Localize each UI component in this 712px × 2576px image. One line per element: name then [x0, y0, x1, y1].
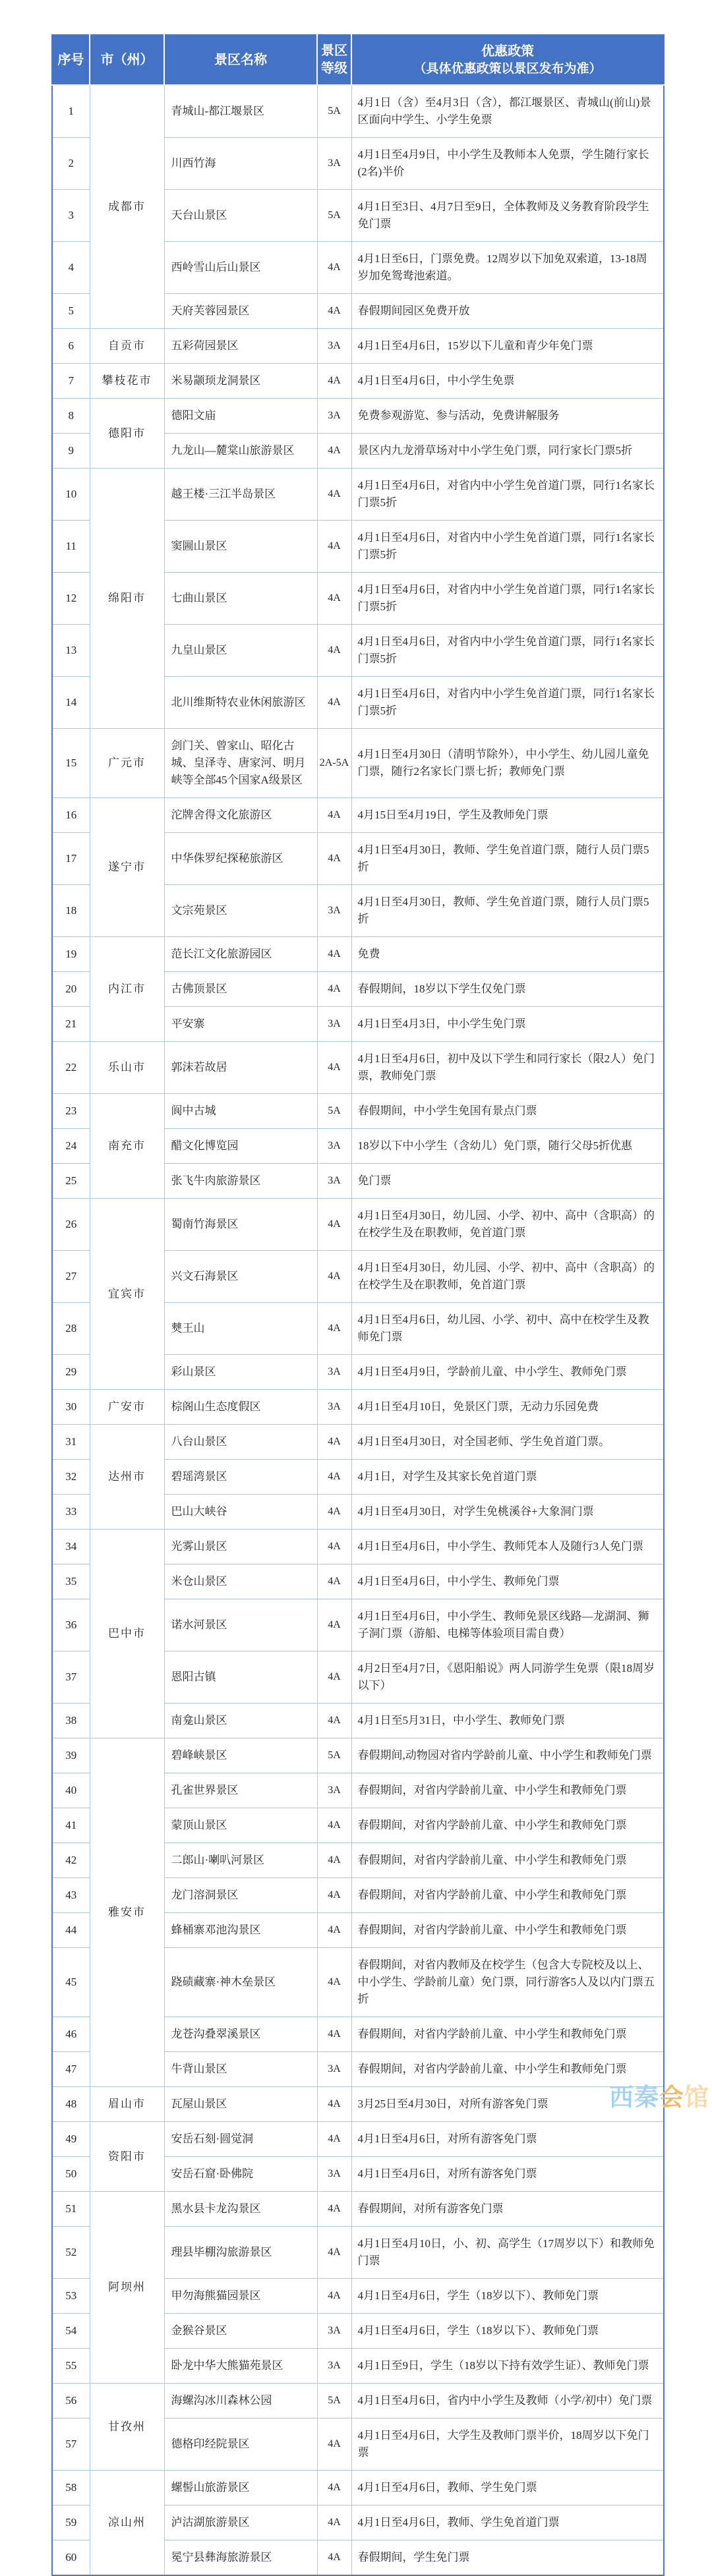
- row-number-cell: 50: [52, 2157, 90, 2192]
- scenic-name-cell: 文宗苑景区: [164, 885, 317, 937]
- row-number-cell: 53: [52, 2279, 90, 2314]
- city-cell: 绵阳市: [90, 469, 164, 729]
- row-number-cell: 49: [52, 2122, 90, 2157]
- table-row: 19内江市范长江文化旅游园区4A免费: [52, 937, 664, 972]
- table-header: 序号 市（州） 景区名称 景区等级 优惠政策 （具体优惠政策以景区发布为准）: [52, 35, 664, 85]
- row-number-cell: 46: [52, 2017, 90, 2052]
- row-number-cell: 18: [52, 885, 90, 937]
- scenic-name-cell: 蜂桶寨邓池沟景区: [164, 1913, 317, 1948]
- level-cell: 4A: [317, 1948, 351, 2017]
- scenic-name-cell: 西岭雪山后山景区: [164, 242, 317, 294]
- policy-cell: 春假期间，学生免门票: [351, 2540, 664, 2576]
- table-row: 49资阳市安岳石刻·圆觉洞4A4月1日至4月6日，对所有游客免门票: [52, 2122, 664, 2157]
- level-cell: 2A-5A: [317, 729, 351, 798]
- scenic-name-cell: 米仓山景区: [164, 1564, 317, 1599]
- city-cell: 凉山州: [90, 2471, 164, 2576]
- level-cell: 4A: [317, 1303, 351, 1355]
- scenic-name-cell: 僰王山: [164, 1303, 317, 1355]
- city-cell: 阿坝州: [90, 2192, 164, 2384]
- scenic-name-cell: 甲勿海熊猫园景区: [164, 2279, 317, 2314]
- policy-cell: 4月1日至4月30日，幼儿园、小学、初中、高中（含职高）的在校学生及在职教师，免…: [351, 1251, 664, 1303]
- level-cell: 4A: [317, 2017, 351, 2052]
- scenic-name-cell: 九皇山景区: [164, 625, 317, 677]
- city-cell: 自贡市: [90, 329, 164, 364]
- scenic-name-cell: 德阳文庙: [164, 399, 317, 434]
- policy-cell: 4月1日至4月6日，中小学生、教师免景区线路—龙湖洞、狮子洞门票（游船、电梯等体…: [351, 1599, 664, 1651]
- policy-cell: 春假期间，对省内学龄前儿童、中小学生和教师免门票: [351, 1913, 664, 1948]
- row-number-cell: 13: [52, 625, 90, 677]
- scenic-name-cell: 黑水县卡龙沟景区: [164, 2192, 317, 2227]
- level-cell: 3A: [317, 1355, 351, 1390]
- policy-cell: 4月1日至4月30日，教师、学生免首道门票，随行人员门票5折: [351, 833, 664, 885]
- policy-cell: 4月1日至4月30日，对学生免桃溪谷+大象洞门票: [351, 1495, 664, 1530]
- policy-cell: 4月1日至4月6日，对省内中小学生免首道门票，同行1名家长门票5折: [351, 521, 664, 573]
- scenic-name-cell: 诺水河景区: [164, 1599, 317, 1651]
- table-row: 48眉山市瓦屋山景区4A3月25日至4月30日，对所有游客免门票: [52, 2087, 664, 2122]
- row-number-cell: 24: [52, 1129, 90, 1164]
- header-policy-subtitle: （具体优惠政策以景区发布为准）: [355, 61, 661, 78]
- level-cell: 3A: [317, 1007, 351, 1042]
- policy-cell: 4月2日至4月7日，《恩阳船说》两人同游学生免票（限18周岁以下）: [351, 1651, 664, 1703]
- level-cell: 4A: [317, 1703, 351, 1738]
- scenic-name-cell: 五彩荷园景区: [164, 329, 317, 364]
- scenic-name-cell: 窦圌山景区: [164, 521, 317, 573]
- policy-cell: 4月1日至4月6日，幼儿园、小学、初中、高中在校学生及教师免门票: [351, 1303, 664, 1355]
- city-cell: 遂宁市: [90, 798, 164, 937]
- row-number-cell: 30: [52, 1390, 90, 1425]
- table-row: 56甘孜州海螺沟冰川森林公园5A4月1日至4月6日，省内中小学生及教师（小学/初…: [52, 2384, 664, 2419]
- scenic-name-cell: 孔雀世界景区: [164, 1773, 317, 1808]
- row-number-cell: 60: [52, 2540, 90, 2576]
- scenic-name-cell: 古佛顶景区: [164, 972, 317, 1007]
- scenic-name-cell: 沱牌舍得文化旅游区: [164, 798, 317, 833]
- row-number-cell: 16: [52, 798, 90, 833]
- policy-cell: 春假期间，对省内学龄前儿童、中小学生和教师免门票: [351, 1773, 664, 1808]
- level-cell: 4A: [317, 434, 351, 469]
- level-cell: 4A: [317, 1460, 351, 1495]
- policy-cell: 4月1日至4月6日，对省内中小学生免首道门票，同行1名家长门票5折: [351, 573, 664, 625]
- policy-cell: 4月1日至4月30日，对全国老师、学生免首道门票。: [351, 1425, 664, 1460]
- scenic-name-cell: 瓦屋山景区: [164, 2087, 317, 2122]
- header-col-city: 市（州）: [90, 35, 164, 85]
- policy-cell: 春假期间，中小学生免国有景点门票: [351, 1094, 664, 1129]
- page: { "table": { "header": { "col_no": "序号",…: [0, 0, 712, 2114]
- level-cell: 4A: [317, 521, 351, 573]
- scenic-name-cell: 巴山大峡谷: [164, 1495, 317, 1530]
- row-number-cell: 38: [52, 1703, 90, 1738]
- level-cell: 4A: [317, 1564, 351, 1599]
- scenic-name-cell: 越王楼·三江半岛景区: [164, 469, 317, 521]
- scenic-name-cell: 海螺沟冰川森林公园: [164, 2384, 317, 2419]
- level-cell: 4A: [317, 625, 351, 677]
- row-number-cell: 15: [52, 729, 90, 798]
- row-number-cell: 25: [52, 1164, 90, 1199]
- policy-cell: 4月1日至4月3日，中小学生免门票: [351, 1007, 664, 1042]
- level-cell: 4A: [317, 937, 351, 972]
- header-row: 序号 市（州） 景区名称 景区等级 优惠政策 （具体优惠政策以景区发布为准）: [52, 35, 664, 85]
- city-cell: 资阳市: [90, 2122, 164, 2192]
- watermark-logo: 西秦会馆: [609, 2077, 709, 2113]
- row-number-cell: 40: [52, 1773, 90, 1808]
- row-number-cell: 57: [52, 2419, 90, 2471]
- level-cell: 4A: [317, 573, 351, 625]
- policy-cell: 春假期间，18岁以下学生仅免门票: [351, 972, 664, 1007]
- row-number-cell: 21: [52, 1007, 90, 1042]
- policy-table-container: 序号 市（州） 景区名称 景区等级 优惠政策 （具体优惠政策以景区发布为准） 1…: [51, 34, 663, 2576]
- level-cell: 4A: [317, 294, 351, 329]
- level-cell: 4A: [317, 2279, 351, 2314]
- policy-cell: 4月1日至6日，门票免费。12周岁以下加免双索道，13-18周岁加免鸳鸯池索道。: [351, 242, 664, 294]
- city-cell: 乐山市: [90, 1042, 164, 1094]
- row-number-cell: 59: [52, 2505, 90, 2540]
- watermark-part3: 馆: [684, 2084, 709, 2111]
- row-number-cell: 17: [52, 833, 90, 885]
- scenic-name-cell: 天府芙蓉园景区: [164, 294, 317, 329]
- scenic-name-cell: 青城山-都江堰景区: [164, 85, 317, 138]
- header-col-level: 景区等级: [317, 35, 351, 85]
- scenic-name-cell: 蜀南竹海景区: [164, 1199, 317, 1251]
- table-row: 26宜宾市蜀南竹海景区4A4月1日至4月30日，幼儿园、小学、初中、高中（含职高…: [52, 1199, 664, 1251]
- level-cell: 4A: [317, 833, 351, 885]
- row-number-cell: 26: [52, 1199, 90, 1251]
- scenic-name-cell: 二郎山·喇叭河景区: [164, 1843, 317, 1878]
- policy-cell: 春假期间，对省内学龄前儿童、中小学生和教师免门票: [351, 1843, 664, 1878]
- policy-cell: 4月1日至5月31日，中小学生、教师免门票: [351, 1703, 664, 1738]
- policy-cell: 4月1日至4月6日，中小学生、教师凭本人及随行3人免门票: [351, 1530, 664, 1564]
- row-number-cell: 29: [52, 1355, 90, 1390]
- table-row: 10绵阳市越王楼·三江半岛景区4A4月1日至4月6日，对省内中小学生免首道门票，…: [52, 469, 664, 521]
- scenic-name-cell: 理县毕棚沟旅游景区: [164, 2227, 317, 2279]
- scenic-name-cell: 天台山景区: [164, 190, 317, 242]
- policy-cell: 4月1日至4月6日，对省内中小学生免首道门票，同行1名家长门票5折: [351, 469, 664, 521]
- policy-cell: 4月1日至4月10日，免景区门票，无动力乐园免费: [351, 1390, 664, 1425]
- policy-cell: 4月1日至4月9日，学龄前儿童、中小学生、教师免门票: [351, 1355, 664, 1390]
- policy-cell: 免费: [351, 937, 664, 972]
- row-number-cell: 58: [52, 2471, 90, 2505]
- row-number-cell: 45: [52, 1948, 90, 2017]
- row-number-cell: 44: [52, 1913, 90, 1948]
- policy-cell: 4月1日至4月6日，学生（18岁以下）、教师免门票: [351, 2314, 664, 2349]
- level-cell: 5A: [317, 85, 351, 138]
- level-cell: 3A: [317, 885, 351, 937]
- level-cell: 4A: [317, 1495, 351, 1530]
- scenic-name-cell: 阆中古城: [164, 1094, 317, 1129]
- level-cell: 4A: [317, 1913, 351, 1948]
- row-number-cell: 11: [52, 521, 90, 573]
- scenic-name-cell: 安岳石窟·卧佛院: [164, 2157, 317, 2192]
- scenic-name-cell: 恩阳古镇: [164, 1651, 317, 1703]
- policy-cell: 4月1日至4月6日，对省内中小学生免首道门票，同行1名家长门票5折: [351, 677, 664, 729]
- row-number-cell: 27: [52, 1251, 90, 1303]
- policy-cell: 春假期间，对省内教师及在校学生（包含大专院校及以上、中小学生、学龄前儿童）免门票…: [351, 1948, 664, 2017]
- policy-cell: 4月1日至4月6日，初中及以下学生和同行家长（限2人）免门票，教师免门票: [351, 1042, 664, 1094]
- scenic-name-cell: 剑门关、曾家山、昭化古城、皇泽寺、唐家河、明月峡等全部45个国家A级景区: [164, 729, 317, 798]
- city-cell: 广元市: [90, 729, 164, 798]
- row-number-cell: 47: [52, 2052, 90, 2087]
- row-number-cell: 23: [52, 1094, 90, 1129]
- row-number-cell: 37: [52, 1651, 90, 1703]
- row-number-cell: 28: [52, 1303, 90, 1355]
- scenic-name-cell: 光雾山景区: [164, 1530, 317, 1564]
- level-cell: 4A: [317, 2122, 351, 2157]
- scenic-name-cell: 范长江文化旅游园区: [164, 937, 317, 972]
- scenic-name-cell: 安岳石刻·圆觉洞: [164, 2122, 317, 2157]
- policy-cell: 景区内九龙滑草场对中小学生免门票，同行家长门票5折: [351, 434, 664, 469]
- level-cell: 4A: [317, 1425, 351, 1460]
- level-cell: 3A: [317, 1164, 351, 1199]
- scenic-name-cell: 碧峰峡景区: [164, 1738, 317, 1773]
- level-cell: 4A: [317, 1199, 351, 1251]
- scenic-name-cell: 郭沫若故居: [164, 1042, 317, 1094]
- city-cell: 巴中市: [90, 1530, 164, 1738]
- row-number-cell: 52: [52, 2227, 90, 2279]
- policy-cell: 春假期间，对所有游客免门票: [351, 2192, 664, 2227]
- header-col-no: 序号: [52, 35, 90, 85]
- header-col-policy: 优惠政策 （具体优惠政策以景区发布为准）: [351, 35, 664, 85]
- level-cell: 4A: [317, 1251, 351, 1303]
- policy-cell: 春假期间，对省内学龄前儿童、中小学生和教师免门票: [351, 1808, 664, 1843]
- level-cell: 5A: [317, 2384, 351, 2419]
- table-row: 16遂宁市沱牌舍得文化旅游区4A4月15日至4月19日，学生及教师免门票: [52, 798, 664, 833]
- header-col-name: 景区名称: [164, 35, 317, 85]
- city-cell: 内江市: [90, 937, 164, 1042]
- level-cell: 4A: [317, 1599, 351, 1651]
- level-cell: 4A: [317, 469, 351, 521]
- scenic-name-cell: 跷碛藏寨·神木垒景区: [164, 1948, 317, 2017]
- row-number-cell: 39: [52, 1738, 90, 1773]
- row-number-cell: 7: [52, 364, 90, 399]
- scenic-name-cell: 八台山景区: [164, 1425, 317, 1460]
- table-row: 51阿坝州黑水县卡龙沟景区4A春假期间，对所有游客免门票: [52, 2192, 664, 2227]
- row-number-cell: 2: [52, 138, 90, 190]
- table-row: 34巴中市光雾山景区4A4月1日至4月6日，中小学生、教师凭本人及随行3人免门票: [52, 1530, 664, 1564]
- table-row: 22乐山市郭沫若故居4A4月1日至4月6日，初中及以下学生和同行家长（限2人）免…: [52, 1042, 664, 1094]
- scenic-name-cell: 南龛山景区: [164, 1703, 317, 1738]
- policy-cell: 4月1日至4月6日，中小学生免票: [351, 364, 664, 399]
- scenic-name-cell: 平安寨: [164, 1007, 317, 1042]
- policy-cell: 春假期间,动物园对省内学龄前儿童、中小学生和教师免门票: [351, 1738, 664, 1773]
- table-row: 31达州市八台山景区4A4月1日至4月30日，对全国老师、学生免首道门票。: [52, 1425, 664, 1460]
- policy-cell: 4月1日（含）至4月3日（含），都江堰景区、青城山(前山)景区面向中学生、小学生…: [351, 85, 664, 138]
- city-cell: 甘孜州: [90, 2384, 164, 2471]
- level-cell: 3A: [317, 399, 351, 434]
- level-cell: 4A: [317, 1808, 351, 1843]
- level-cell: 5A: [317, 190, 351, 242]
- scenic-name-cell: 七曲山景区: [164, 573, 317, 625]
- scenic-name-cell: 张飞牛肉旅游景区: [164, 1164, 317, 1199]
- city-cell: 成都市: [90, 85, 164, 329]
- scenic-name-cell: 醋文化博览园: [164, 1129, 317, 1164]
- table-row: 7攀枝花市米易颛顼龙洞景区4A4月1日至4月6日，中小学生免票: [52, 364, 664, 399]
- level-cell: 4A: [317, 677, 351, 729]
- policy-cell: 4月1日至4月6日，对所有游客免门票: [351, 2157, 664, 2192]
- table-row: 39雅安市碧峰峡景区5A春假期间,动物园对省内学龄前儿童、中小学生和教师免门票: [52, 1738, 664, 1773]
- level-cell: 3A: [317, 1773, 351, 1808]
- level-cell: 4A: [317, 2505, 351, 2540]
- level-cell: 3A: [317, 138, 351, 190]
- row-number-cell: 56: [52, 2384, 90, 2419]
- row-number-cell: 33: [52, 1495, 90, 1530]
- scenic-name-cell: 中华侏罗纪探秘旅游区: [164, 833, 317, 885]
- policy-cell: 4月1日至4月6日，教师、学生免首道门票: [351, 2505, 664, 2540]
- policy-cell: 免费参观游览、参与活动，免费讲解服务: [351, 399, 664, 434]
- table-row: 58凉山州螺髻山旅游景区4A4月1日至4月6日，教师、学生免门票: [52, 2471, 664, 2505]
- level-cell: 4A: [317, 798, 351, 833]
- row-number-cell: 6: [52, 329, 90, 364]
- row-number-cell: 32: [52, 1460, 90, 1495]
- level-cell: 5A: [317, 1094, 351, 1129]
- policy-cell: 4月1日，对学生及其家长免首道门票: [351, 1460, 664, 1495]
- level-cell: 4A: [317, 972, 351, 1007]
- policy-cell: 4月1日至4月6日，中小学生、教师免门票: [351, 1564, 664, 1599]
- row-number-cell: 1: [52, 85, 90, 138]
- scenic-area-policy-table: 序号 市（州） 景区名称 景区等级 优惠政策 （具体优惠政策以景区发布为准） 1…: [51, 34, 665, 2576]
- level-cell: 4A: [317, 2471, 351, 2505]
- level-cell: 4A: [317, 1843, 351, 1878]
- header-policy-title: 优惠政策: [355, 43, 661, 61]
- policy-cell: 18岁以下中小学生（含幼儿）免门票，随行父母5折优惠: [351, 1129, 664, 1164]
- level-cell: 5A: [317, 1738, 351, 1773]
- level-cell: 4A: [317, 1651, 351, 1703]
- scenic-name-cell: 德格印经院景区: [164, 2419, 317, 2471]
- scenic-name-cell: 螺髻山旅游景区: [164, 2471, 317, 2505]
- row-number-cell: 10: [52, 469, 90, 521]
- row-number-cell: 31: [52, 1425, 90, 1460]
- row-number-cell: 35: [52, 1564, 90, 1599]
- table-body: 1成都市青城山-都江堰景区5A4月1日（含）至4月3日（含），都江堰景区、青城山…: [52, 85, 664, 2575]
- scenic-name-cell: 北川维斯特农业休闲旅游区: [164, 677, 317, 729]
- city-cell: 宜宾市: [90, 1199, 164, 1390]
- policy-cell: 4月1日至4月6日，对省内中小学生免首道门票，同行1名家长门票5折: [351, 625, 664, 677]
- policy-cell: 4月1日至4月10日，小、初、高学生（17周岁以下）和教师免门票: [351, 2227, 664, 2279]
- scenic-name-cell: 龙苍沟叠翠溪景区: [164, 2017, 317, 2052]
- scenic-name-cell: 牛背山景区: [164, 2052, 317, 2087]
- city-cell: 南充市: [90, 1094, 164, 1199]
- policy-cell: 4月1日至3日、4月7日至9日，全体教师及义务教育阶段学生免门票: [351, 190, 664, 242]
- city-cell: 德阳市: [90, 399, 164, 469]
- table-row: 8德阳市德阳文庙3A免费参观游览、参与活动，免费讲解服务: [52, 399, 664, 434]
- policy-cell: 春假期间，对省内学龄前儿童、中小学生和教师免门票: [351, 1878, 664, 1913]
- scenic-name-cell: 兴文石海景区: [164, 1251, 317, 1303]
- scenic-name-cell: 金猴谷景区: [164, 2314, 317, 2349]
- table-row: 1成都市青城山-都江堰景区5A4月1日（含）至4月3日（含），都江堰景区、青城山…: [52, 85, 664, 138]
- policy-cell: 4月15日至4月19日，学生及教师免门票: [351, 798, 664, 833]
- policy-cell: 4月1日至4月30日（清明节除外），中小学生、幼儿园儿童免门票，随行2名家长门票…: [351, 729, 664, 798]
- level-cell: 3A: [317, 2157, 351, 2192]
- row-number-cell: 55: [52, 2349, 90, 2384]
- row-number-cell: 42: [52, 1843, 90, 1878]
- row-number-cell: 4: [52, 242, 90, 294]
- row-number-cell: 20: [52, 972, 90, 1007]
- policy-cell: 春假期间，对省内学龄前儿童、中小学生和教师免门票: [351, 2017, 664, 2052]
- policy-cell: 免门票: [351, 1164, 664, 1199]
- scenic-name-cell: 彩山景区: [164, 1355, 317, 1390]
- row-number-cell: 22: [52, 1042, 90, 1094]
- policy-cell: 春假期间园区免费开放: [351, 294, 664, 329]
- row-number-cell: 8: [52, 399, 90, 434]
- row-number-cell: 5: [52, 294, 90, 329]
- level-cell: 3A: [317, 2314, 351, 2349]
- table-row: 15广元市剑门关、曾家山、昭化古城、皇泽寺、唐家河、明月峡等全部45个国家A级景…: [52, 729, 664, 798]
- scenic-name-cell: 米易颛顼龙洞景区: [164, 364, 317, 399]
- scenic-name-cell: 蒙顶山景区: [164, 1808, 317, 1843]
- policy-cell: 4月1日至4月30日，幼儿园、小学、初中、高中（含职高）的在校学生及在职教师，免…: [351, 1199, 664, 1251]
- level-cell: 4A: [317, 1878, 351, 1913]
- scenic-name-cell: 龙门溶洞景区: [164, 1878, 317, 1913]
- scenic-name-cell: 卧龙中华大熊猫苑景区: [164, 2349, 317, 2384]
- scenic-name-cell: 九龙山—麓棠山旅游景区: [164, 434, 317, 469]
- table-row: 30广安市棕阁山生态度假区3A4月1日至4月10日，免景区门票，无动力乐园免费: [52, 1390, 664, 1425]
- row-number-cell: 19: [52, 937, 90, 972]
- policy-cell: 4月1日至4月6日，15岁以下儿童和青少年免门票: [351, 329, 664, 364]
- level-cell: 3A: [317, 329, 351, 364]
- city-cell: 眉山市: [90, 2087, 164, 2122]
- row-number-cell: 3: [52, 190, 90, 242]
- table-row: 23南充市阆中古城5A春假期间，中小学生免国有景点门票: [52, 1094, 664, 1129]
- scenic-name-cell: 棕阁山生态度假区: [164, 1390, 317, 1425]
- level-cell: 3A: [317, 2349, 351, 2384]
- row-number-cell: 43: [52, 1878, 90, 1913]
- scenic-name-cell: 碧瑶湾景区: [164, 1460, 317, 1495]
- city-cell: 攀枝花市: [90, 364, 164, 399]
- row-number-cell: 54: [52, 2314, 90, 2349]
- policy-cell: 4月1日至4月6日，大学生及教师门票半价，18周岁以下免门票: [351, 2419, 664, 2471]
- level-cell: 4A: [317, 2087, 351, 2122]
- row-number-cell: 36: [52, 1599, 90, 1651]
- level-cell: 4A: [317, 1042, 351, 1094]
- level-cell: 3A: [317, 1390, 351, 1425]
- level-cell: 4A: [317, 2192, 351, 2227]
- level-cell: 4A: [317, 242, 351, 294]
- scenic-name-cell: 川西竹海: [164, 138, 317, 190]
- level-cell: 4A: [317, 1530, 351, 1564]
- watermark-part2: 会: [659, 2084, 684, 2111]
- row-number-cell: 9: [52, 434, 90, 469]
- policy-cell: 4月1日至9日，学生（18岁以下持有效学生证）、教师免门票: [351, 2349, 664, 2384]
- policy-cell: 4月1日至4月6日，学生（18岁以下）、教师免门票: [351, 2279, 664, 2314]
- scenic-name-cell: 泸沽湖旅游景区: [164, 2505, 317, 2540]
- city-cell: 达州市: [90, 1425, 164, 1530]
- policy-cell: 4月1日至4月30日，教师、学生免首道门票，随行人员门票5折: [351, 885, 664, 937]
- row-number-cell: 51: [52, 2192, 90, 2227]
- policy-cell: 4月1日至4月6日，省内中小学生及教师（小学/初中）免门票: [351, 2384, 664, 2419]
- level-cell: 4A: [317, 364, 351, 399]
- level-cell: 4A: [317, 2227, 351, 2279]
- city-cell: 雅安市: [90, 1738, 164, 2087]
- row-number-cell: 12: [52, 573, 90, 625]
- level-cell: 4A: [317, 2419, 351, 2471]
- policy-cell: 4月1日至4月6日，对所有游客免门票: [351, 2122, 664, 2157]
- policy-cell: 4月1日至4月9日，中小学生及教师本人免票，学生随行家长(2名)半价: [351, 138, 664, 190]
- level-cell: 3A: [317, 1129, 351, 1164]
- row-number-cell: 34: [52, 1530, 90, 1564]
- level-cell: 3A: [317, 2052, 351, 2087]
- city-cell: 广安市: [90, 1390, 164, 1425]
- row-number-cell: 14: [52, 677, 90, 729]
- row-number-cell: 48: [52, 2087, 90, 2122]
- scenic-name-cell: 冕宁县彝海旅游景区: [164, 2540, 317, 2576]
- table-row: 6自贡市五彩荷园景区3A4月1日至4月6日，15岁以下儿童和青少年免门票: [52, 329, 664, 364]
- watermark-part1: 西秦: [609, 2084, 659, 2111]
- level-cell: 4A: [317, 2540, 351, 2576]
- policy-cell: 4月1日至4月6日，教师、学生免门票: [351, 2471, 664, 2505]
- row-number-cell: 41: [52, 1808, 90, 1843]
